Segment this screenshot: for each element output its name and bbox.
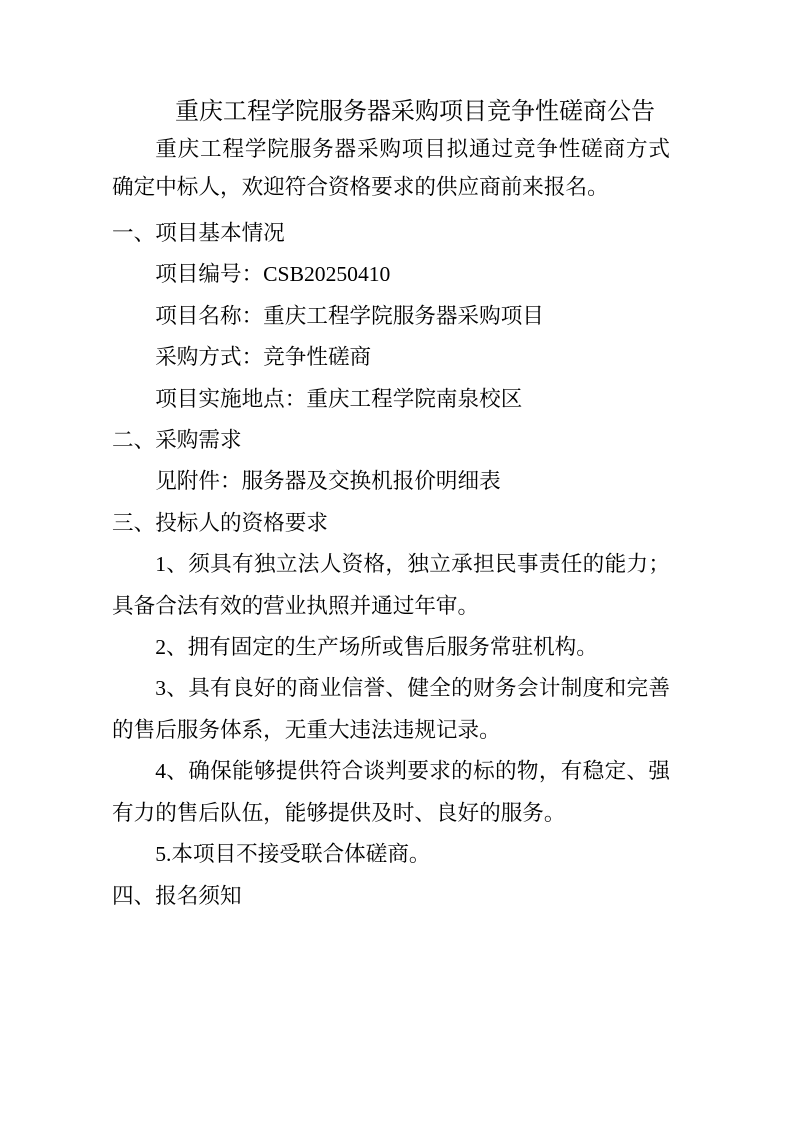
section-3-heading: 三、投标人的资格要求 [112, 503, 670, 544]
document-page: 重庆工程学院服务器采购项目竞争性磋商公告 重庆工程学院服务器采购项目拟通过竞争性… [0, 0, 794, 1122]
procurement-method-line: 采购方式：竞争性磋商 [112, 337, 670, 378]
attachment-reference-line: 见附件：服务器及交换机报价明细表 [112, 461, 670, 502]
qualification-item-5: 5.本项目不接受联合体磋商。 [112, 834, 670, 875]
section-4-heading: 四、报名须知 [112, 876, 670, 917]
qualification-item-4: 4、确保能够提供符合谈判要求的标的物，有稳定、强有力的售后队伍，能够提供及时、良… [112, 751, 670, 834]
project-number-line: 项目编号：CSB20250410 [112, 254, 670, 295]
qualification-item-2: 2、拥有固定的生产场所或售后服务常驻机构。 [112, 627, 670, 668]
project-name-line: 项目名称：重庆工程学院服务器采购项目 [112, 296, 670, 337]
qualification-item-3: 3、具有良好的商业信誉、健全的财务会计制度和完善的售后服务体系，无重大违法违规记… [112, 668, 670, 751]
project-location-line: 项目实施地点：重庆工程学院南泉校区 [112, 379, 670, 420]
document-title: 重庆工程学院服务器采购项目竞争性磋商公告 [112, 94, 670, 130]
section-1-heading: 一、项目基本情况 [112, 213, 670, 254]
qualification-item-1: 1、须具有独立法人资格，独立承担民事责任的能力；具备合法有效的营业执照并通过年审… [112, 544, 670, 627]
section-2-heading: 二、采购需求 [112, 420, 670, 461]
intro-paragraph: 重庆工程学院服务器采购项目拟通过竞争性磋商方式确定中标人，欢迎符合资格要求的供应… [112, 130, 670, 206]
